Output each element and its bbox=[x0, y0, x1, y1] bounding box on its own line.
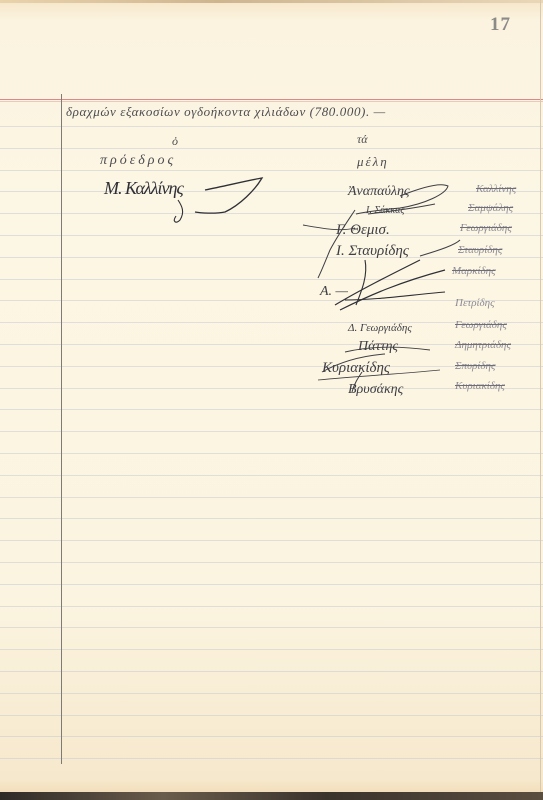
printed-name-2: Σαμψάλης bbox=[468, 202, 513, 214]
scan-bottom-edge bbox=[0, 792, 543, 800]
printed-name-9: Σπυρίδης bbox=[455, 360, 495, 372]
printed-name-7: Γεωργιάδης bbox=[455, 319, 507, 331]
printed-name-10: Κυριακίδης bbox=[455, 380, 505, 392]
printed-name-5: Μαρκίδης bbox=[452, 265, 496, 277]
member-signature-flourishes bbox=[0, 0, 543, 800]
printed-name-3: Γεωργιάδης bbox=[460, 222, 512, 234]
ledger-page: 17 δραχμών εξακοσίων ογδοήκοντα χιλιάδων… bbox=[0, 0, 543, 800]
printed-name-1: Καλλίνης bbox=[476, 183, 516, 195]
printed-name-4: Σταυρίδης bbox=[458, 244, 502, 256]
printed-name-8: Δημητριάδης bbox=[455, 339, 511, 351]
printed-name-6: Πετρίδης bbox=[455, 297, 495, 309]
